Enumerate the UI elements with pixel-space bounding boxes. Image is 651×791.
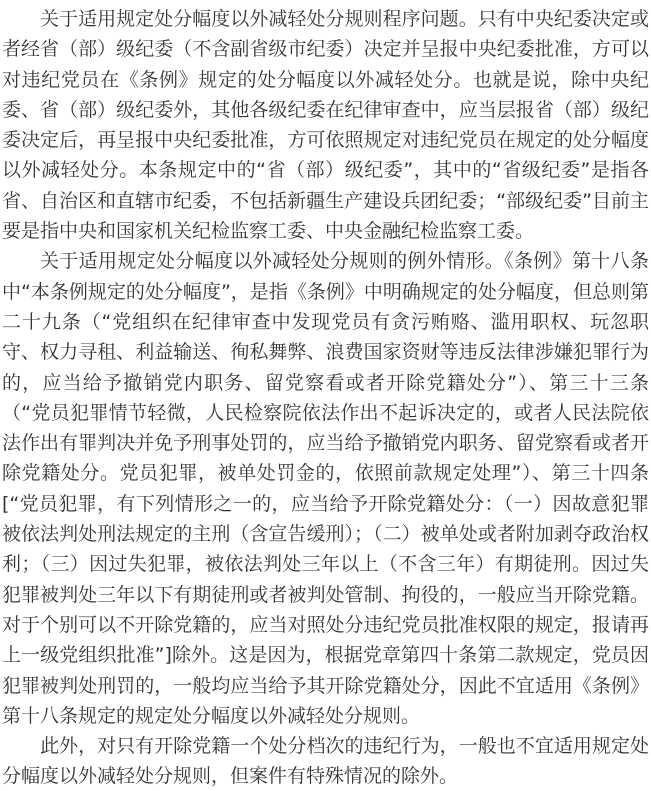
paragraph-exception-cases: 关于适用规定处分幅度以外减轻处分规则的例外情形。《条例》第十八条中“本条例规定的… <box>2 246 649 731</box>
paragraph-procedure-rule: 关于适用规定处分幅度以外减轻处分规则程序问题。只有中央纪委决定或者经省（部）级纪… <box>2 4 649 246</box>
paragraph-additional-note: 此外，对只有开除党籍一个处分档次的违纪行为，一般也不宜适用规定处分幅度以外减轻处… <box>2 731 649 791</box>
document-page: 关于适用规定处分幅度以外减轻处分规则程序问题。只有中央纪委决定或者经省（部）级纪… <box>0 0 651 791</box>
